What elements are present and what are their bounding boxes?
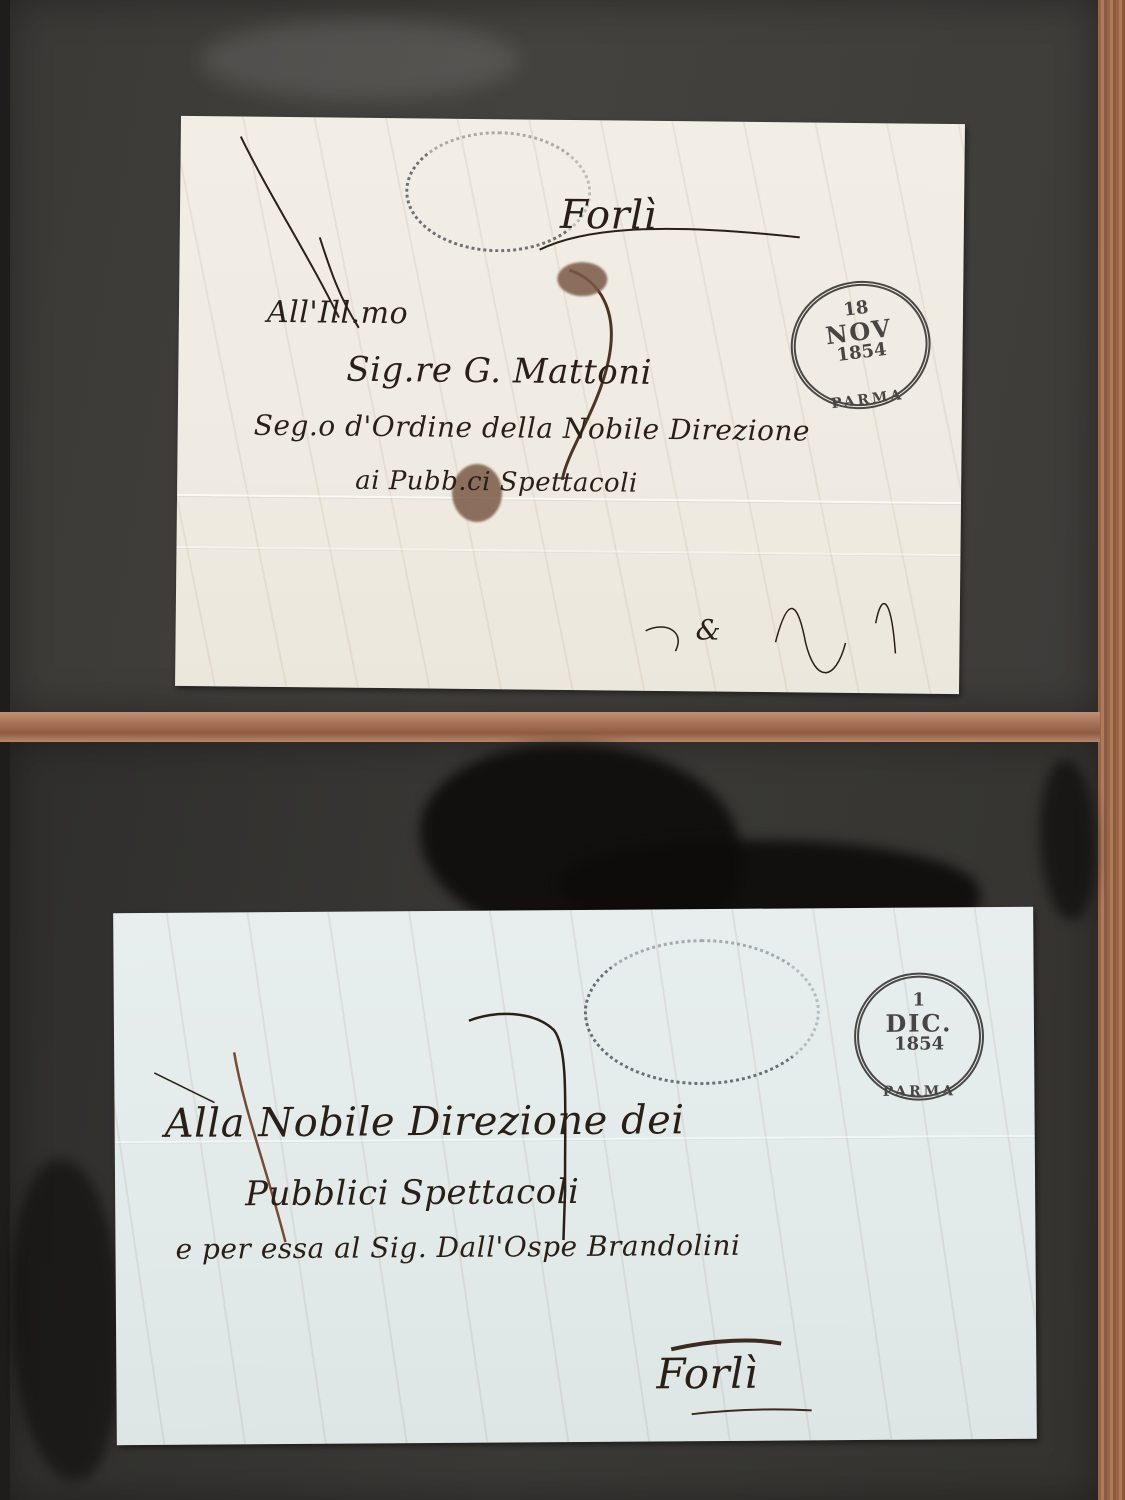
address-recipient: Alla Nobile Direzione dei xyxy=(164,1097,684,1147)
address-destination: Forlì xyxy=(656,1349,758,1399)
postmark-year: 1854 xyxy=(859,1035,979,1055)
ink-blot xyxy=(557,262,607,297)
postmark-month: DIC. xyxy=(859,1010,979,1036)
postmark-cds: 1 DIC. 1854 PARMA xyxy=(854,972,985,1101)
corner-mark: & xyxy=(695,613,721,646)
address-line: e per essa al Sig. Dall'Ospe Brandolini xyxy=(175,1229,740,1266)
address-recipient: Sig.re G. Mattoni xyxy=(346,350,652,393)
address-destination: Forlì xyxy=(560,192,657,239)
address-line: Seg.o d'Ordine della Nobile Direzione xyxy=(254,409,811,448)
mount-strip-divider xyxy=(0,712,1100,742)
address-line: Pubblici Spettacoli xyxy=(245,1172,580,1214)
glare xyxy=(200,20,520,100)
postmark-town: PARMA xyxy=(859,1084,979,1100)
album-page: Forlì All'Ill.mo Sig.re G. Mattoni Seg.o… xyxy=(0,0,1125,1500)
postal-cover-bottom: Alla Nobile Direzione dei Pubblici Spett… xyxy=(113,907,1037,1445)
wood-frame-right xyxy=(1098,0,1125,1500)
address-line: ai Pubb.ci Spettacoli xyxy=(355,466,638,499)
address-line: All'Ill.mo xyxy=(267,295,409,331)
postal-cover-top: Forlì All'Ill.mo Sig.re G. Mattoni Seg.o… xyxy=(175,116,965,694)
